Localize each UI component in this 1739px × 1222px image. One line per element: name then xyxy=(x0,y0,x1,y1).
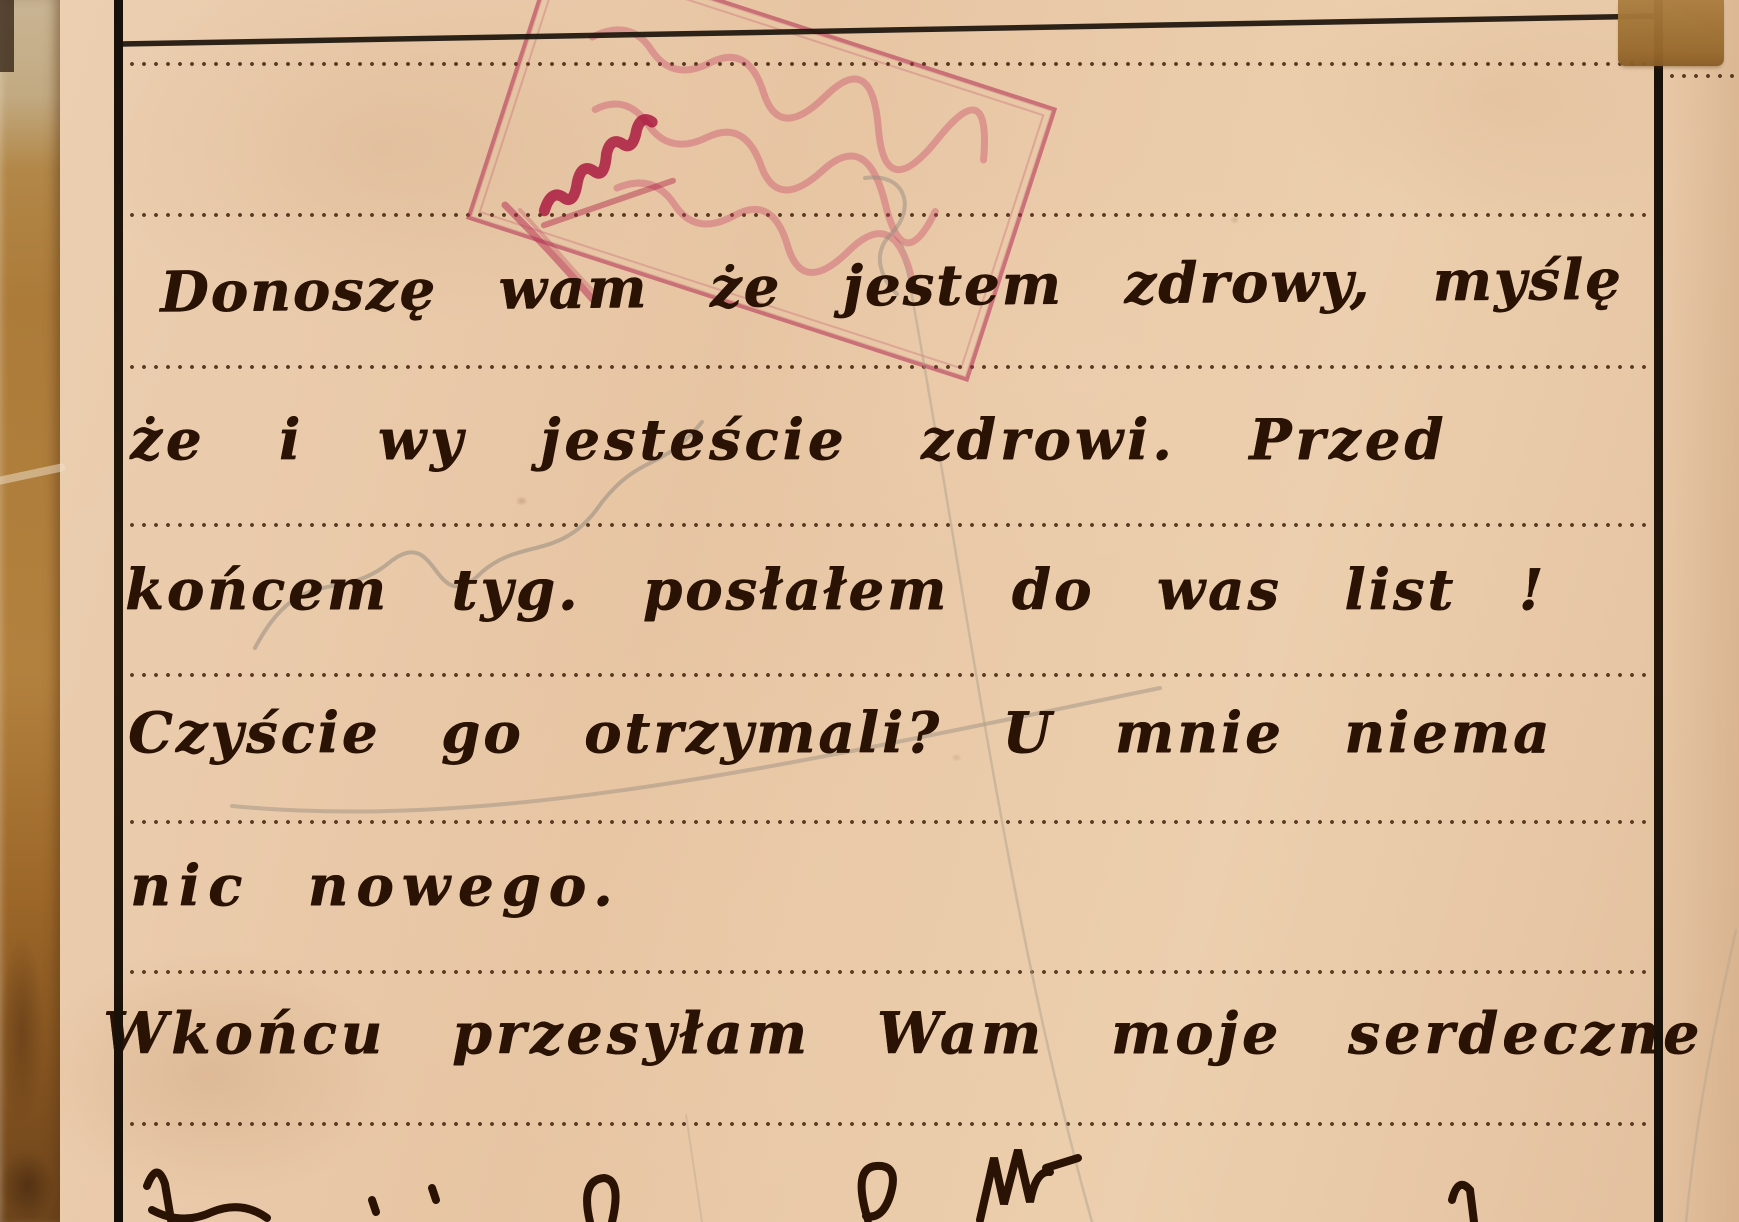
tape-patch-top-right xyxy=(1618,0,1724,66)
frame-top-line xyxy=(0,0,1739,1222)
frame-left-line xyxy=(114,0,123,1222)
letter-card: Donoszę wam że jestem zdrowy, myślę że i… xyxy=(0,0,1739,1222)
frame-right-line xyxy=(1654,0,1663,1222)
